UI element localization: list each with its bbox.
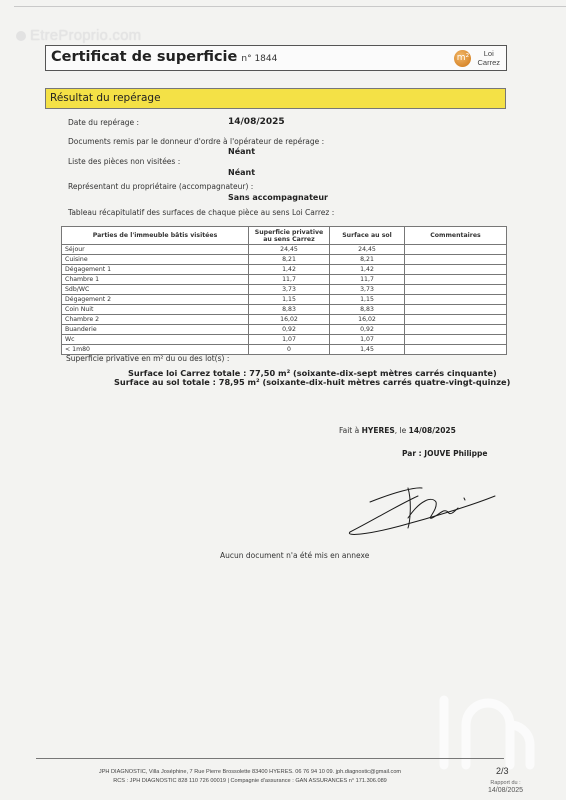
non-visited-label: Liste des pièces non visitées : [68,157,180,166]
cell-carrez: 24,45 [249,245,330,255]
table-row: Cuisine8,218,21 [62,255,507,265]
non-visited-value: Néant [228,168,255,177]
cell-carrez: 11,7 [249,275,330,285]
table-row: Séjour24,4524,45 [62,245,507,255]
cell-comment [405,265,507,275]
top-scan-line [14,6,566,7]
representative-label: Représentant du propriétaire (accompagna… [68,182,253,191]
cell-room: Dégagement 2 [62,295,249,305]
cell-carrez: 0,92 [249,325,330,335]
footer-divider [36,758,504,759]
cell-room: Dégagement 1 [62,265,249,275]
cell-comment [405,345,507,355]
table-row: Dégagement 21,151,15 [62,295,507,305]
signed-by: Par : JOUVE Philippe [402,449,487,458]
signed-city: HYERES [362,426,395,435]
cell-room: Séjour [62,245,249,255]
cell-comment [405,315,507,325]
documents-value: Néant [228,147,255,156]
cell-carrez: 8,21 [249,255,330,265]
table-header-row: Parties de l'immeuble bâtis visitées Sup… [62,227,507,245]
table-row: Wc1,071,07 [62,335,507,345]
badge-label-line2: Carrez [477,58,500,67]
cell-comment [405,295,507,305]
footer-registration: RCS : JPH DIAGNOSTIC 828 110 726 00019 |… [60,777,440,786]
cell-carrez: 1,07 [249,335,330,345]
signature-icon [340,482,500,542]
header-sol: Surface au sol [330,227,405,245]
cell-room: Coin Nuit [62,305,249,315]
report-date: 14/08/2025 [488,787,523,795]
certificate-title: Certificat de superficien° 1844 [51,49,277,65]
cell-sol: 8,21 [330,255,405,265]
cell-comment [405,305,507,315]
date-label: Date du repérage : [68,118,139,127]
annexe-note: Aucun document n'a été mis en annexe [220,551,369,560]
section-title: Résultat du repérage [50,92,161,104]
fait-prefix: Fait à [339,426,362,435]
table-row: Coin Nuit8,838,83 [62,305,507,315]
watermark-logo-icon [16,31,26,41]
table-row: Chambre 111,711,7 [62,275,507,285]
m2-symbol: m² [457,53,469,63]
documents-label: Documents remis par le donneur d'ordre à… [68,137,324,146]
footer-address: JPH DIAGNOSTIC, Villa Joséphine, 7 Rue P… [60,768,440,777]
cell-room: Sdb/WC [62,285,249,295]
loi-carrez-badge: m² LoiCarrez [454,47,500,69]
badge-label: LoiCarrez [477,49,500,67]
certificate-number: n° 1844 [241,54,277,64]
cell-carrez: 16,02 [249,315,330,325]
cell-carrez: 0 [249,345,330,355]
cell-comment [405,325,507,335]
cell-room: Wc [62,335,249,345]
cell-sol: 11,7 [330,275,405,285]
page-number: 2/3 [496,766,509,776]
surfaces-table: Parties de l'immeuble bâtis visitées Sup… [61,226,507,355]
table-row: Dégagement 11,421,42 [62,265,507,275]
cell-sol: 1,45 [330,345,405,355]
background-logo-icon [432,680,542,770]
cell-room: Chambre 1 [62,275,249,285]
total-sol: Surface au sol totale : 78,95 m² (soixan… [114,377,510,387]
m2-icon: m² [454,50,471,67]
watermark: EtreProprio.com [16,27,141,44]
watermark-text: EtreProprio.com [30,27,141,44]
signed-at: Fait à HYERES, le 14/08/2025 [339,426,456,435]
date-prefix: , le [395,426,409,435]
cell-carrez: 1,15 [249,295,330,305]
cell-sol: 1,15 [330,295,405,305]
cell-sol: 0,92 [330,325,405,335]
cell-room: Chambre 2 [62,315,249,325]
report-date-block: Rapport du : 14/08/2025 [488,779,523,795]
table-row: Sdb/WC3,733,73 [62,285,507,295]
representative-value: Sans accompagnateur [228,193,328,202]
cell-comment [405,245,507,255]
totals-label: Superficie privative en m² du ou des lot… [66,354,229,363]
cell-sol: 1,42 [330,265,405,275]
footer: JPH DIAGNOSTIC, Villa Joséphine, 7 Rue P… [60,768,440,786]
signed-date: 14/08/2025 [409,426,456,435]
certificate-title-text: Certificat de superficie [51,49,237,65]
cell-room: Cuisine [62,255,249,265]
cell-sol: 24,45 [330,245,405,255]
header-room: Parties de l'immeuble bâtis visitées [62,227,249,245]
cell-room: Buanderie [62,325,249,335]
report-label: Rapport du : [488,779,523,787]
cell-room: < 1m80 [62,345,249,355]
cell-comment [405,285,507,295]
table-intro: Tableau récapitulatif des surfaces de ch… [68,208,334,217]
cell-carrez: 3,73 [249,285,330,295]
cell-sol: 8,83 [330,305,405,315]
header-comment: Commentaires [405,227,507,245]
cell-sol: 3,73 [330,285,405,295]
badge-label-line1: Loi [477,49,500,58]
cell-carrez: 8,83 [249,305,330,315]
cell-sol: 1,07 [330,335,405,345]
cell-comment [405,275,507,285]
cell-comment [405,335,507,345]
table-row: Buanderie0,920,92 [62,325,507,335]
table-row: < 1m8001,45 [62,345,507,355]
cell-sol: 16,02 [330,315,405,325]
section-header: Résultat du repérage [45,88,506,109]
certificate-header: Certificat de superficien° 1844 m² LoiCa… [45,45,507,71]
cell-carrez: 1,42 [249,265,330,275]
header-carrez: Superficie privative au sens Carrez [249,227,330,245]
cell-comment [405,255,507,265]
date-value: 14/08/2025 [228,117,285,127]
table-row: Chambre 216,0216,02 [62,315,507,325]
